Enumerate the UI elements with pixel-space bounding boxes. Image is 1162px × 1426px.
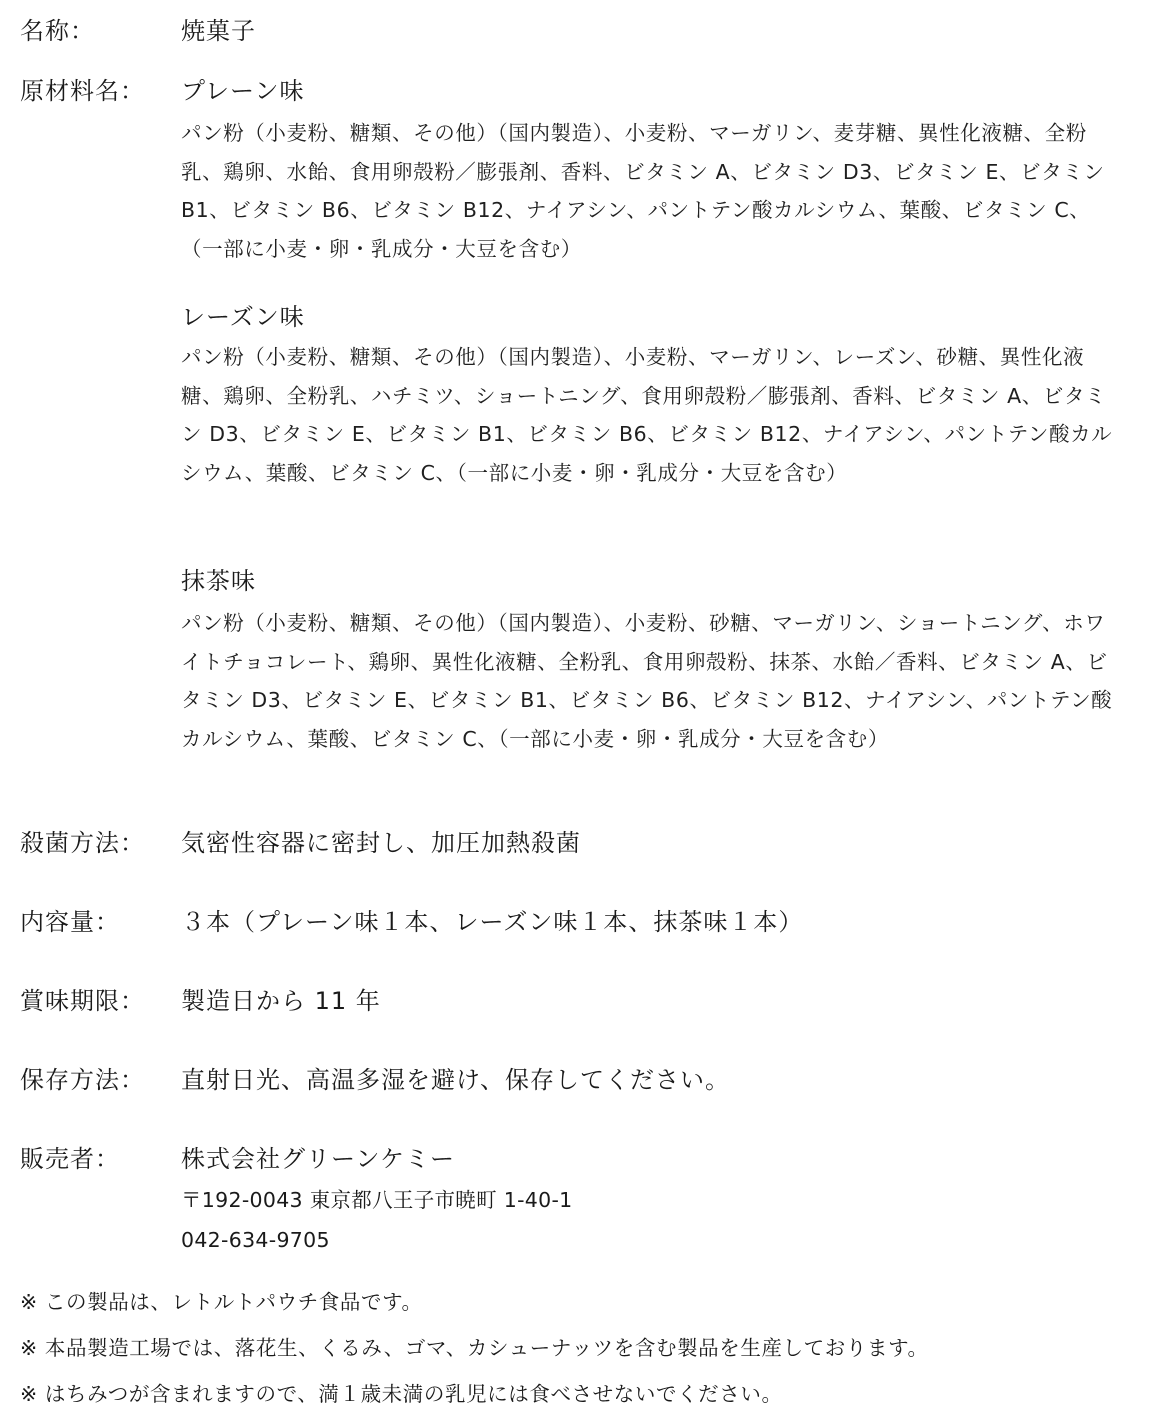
storage-label: 保存方法： <box>20 1065 145 1095</box>
note-honey-infant-warning: ※ はちみつが含まれますので、満１歳未満の乳児には食べさせないでください。 <box>20 1380 783 1408</box>
best-before-value: 製造日から 11 年 <box>181 986 381 1016</box>
note-allergen-facility: ※ 本品製造工場では、落花生、くるみ、ゴマ、カシューナッツを含む製品を生産してお… <box>20 1334 929 1362</box>
flavor-title-matcha: 抹茶味 <box>181 566 256 596</box>
seller-phone: 042-634-9705 <box>181 1226 330 1254</box>
flavor-title-plain: プレーン味 <box>181 76 305 106</box>
contents-value: ３本（プレーン味１本、レーズン味１本、抹茶味１本） <box>181 907 803 937</box>
seller-company: 株式会社グリーンケミー <box>181 1144 455 1174</box>
sterilization-value: 気密性容器に密封し、加圧加熱殺菌 <box>181 828 581 858</box>
contents-label: 内容量： <box>20 907 120 937</box>
note-retort-pouch: ※ この製品は、レトルトパウチ食品です。 <box>20 1288 423 1316</box>
product-name-label: 名称： <box>20 16 95 46</box>
product-name-value: 焼菓子 <box>181 16 256 46</box>
ingredients-label: 原材料名： <box>20 76 145 106</box>
seller-label: 販売者： <box>20 1144 120 1174</box>
sterilization-label: 殺菌方法： <box>20 828 145 858</box>
flavor-ingredients-matcha: パン粉（小麦粉、糖類、その他）（国内製造）、小麦粉、砂糖、マーガリン、ショートニ… <box>181 604 1121 758</box>
flavor-title-raisin: レーズン味 <box>181 302 305 332</box>
flavor-ingredients-raisin: パン粉（小麦粉、糖類、その他）（国内製造）、小麦粉、マーガリン、レーズン、砂糖、… <box>181 338 1121 492</box>
best-before-label: 賞味期限： <box>20 986 145 1016</box>
seller-address: 〒192-0043 東京都八王子市暁町 1-40-1 <box>181 1186 573 1214</box>
flavor-ingredients-plain: パン粉（小麦粉、糖類、その他）（国内製造）、小麦粉、マーガリン、麦芽糖、異性化液… <box>181 114 1121 268</box>
storage-value: 直射日光、高温多湿を避け、保存してください。 <box>181 1065 730 1095</box>
